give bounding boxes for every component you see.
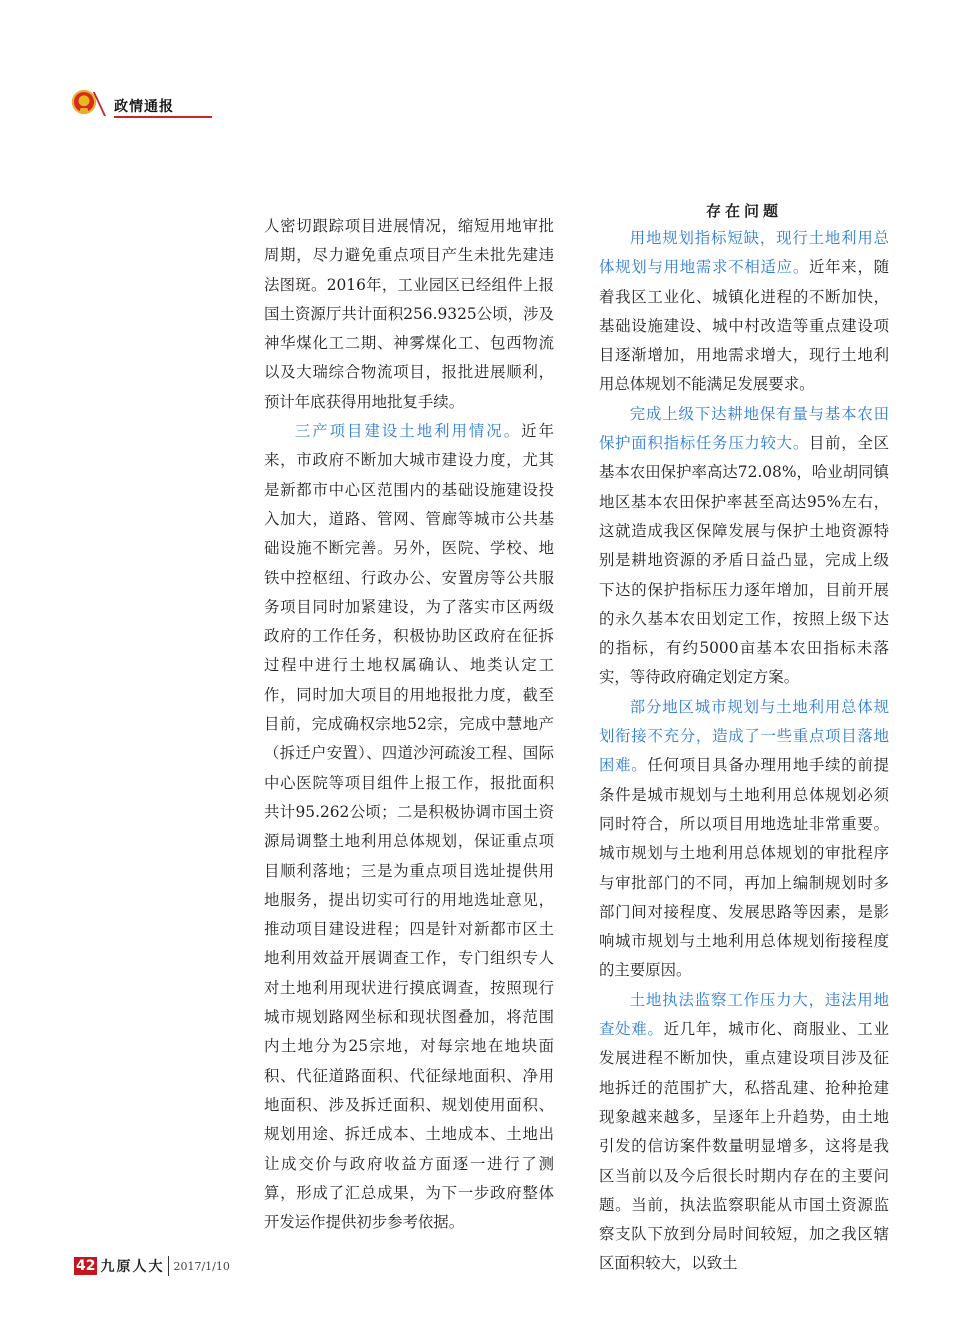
magazine-name: 九原人大 — [100, 1256, 164, 1276]
right-column: 存在问题 用地规划指标短缺，现行土地利用总体规划与用地需求不相适应。近年来，随着… — [599, 200, 889, 1279]
page-number-badge: 42 — [74, 1257, 97, 1275]
paragraph-heading: 三产项目建设土地利用情况。 — [295, 422, 521, 440]
page-footer: 42 九原人大 2017/1/10 — [74, 1256, 230, 1276]
footer-divider — [168, 1256, 169, 1276]
paragraph-text: 人密切跟踪项目进展情况，缩短用地审批周期，尽力避免重点项目产生未批先建违法图斑。… — [264, 217, 554, 411]
national-emblem-icon — [72, 90, 96, 114]
paragraph-text: 近年来，市政府不断加大城市建设力度，尤其是新都市中心区范围内的基础设施建设投入加… — [264, 422, 554, 1231]
header-underline — [114, 116, 212, 118]
issue-date: 2017/1/10 — [173, 1260, 229, 1273]
paragraph-text: 近几年，城市化、商服业、工业发展进程不断加快，重点建设项目涉及征地拆迁的范围扩大… — [599, 1020, 889, 1272]
paragraph: 完成上级下达耕地保有量与基本农田保护面积指标任务压力较大。目前，全区基本农田保护… — [599, 400, 889, 693]
section-title: 存在问题 — [599, 200, 889, 222]
paragraph: 部分地区城市规划与土地利用总体规划衔接不充分，造成了一些重点项目落地困难。任何项… — [599, 693, 889, 986]
paragraph-text: 任何项目具备办理用地手续的前提条件是城市规划与土地利用总体规划必须同时符合，所以… — [599, 756, 889, 979]
paragraph-text: 近年来，随着我区工业化、城镇化进程的不断加快，基础设施建设、城中村改造等重点建设… — [599, 258, 889, 393]
paragraph: 三产项目建设土地利用情况。近年来，市政府不断加大城市建设力度，尤其是新都市中心区… — [264, 417, 554, 1237]
section-name: 政情通报 — [114, 96, 174, 116]
paragraph: 人密切跟踪项目进展情况，缩短用地审批周期，尽力避免重点项目产生未批先建违法图斑。… — [264, 212, 554, 417]
section-header: 政情通报 — [70, 88, 215, 122]
paragraph: 土地执法监察工作压力大，违法用地查处难。近几年，城市化、商服业、工业发展进程不断… — [599, 986, 889, 1279]
left-column: 人密切跟踪项目进展情况，缩短用地审批周期，尽力避免重点项目产生未批先建违法图斑。… — [264, 212, 554, 1237]
paragraph-text: 目前，全区基本农田保护率高达72.08%，哈业胡同镇地区基本农田保护率甚至高达9… — [599, 434, 889, 686]
paragraph: 用地规划指标短缺，现行土地利用总体规划与用地需求不相适应。近年来，随着我区工业化… — [599, 224, 889, 400]
